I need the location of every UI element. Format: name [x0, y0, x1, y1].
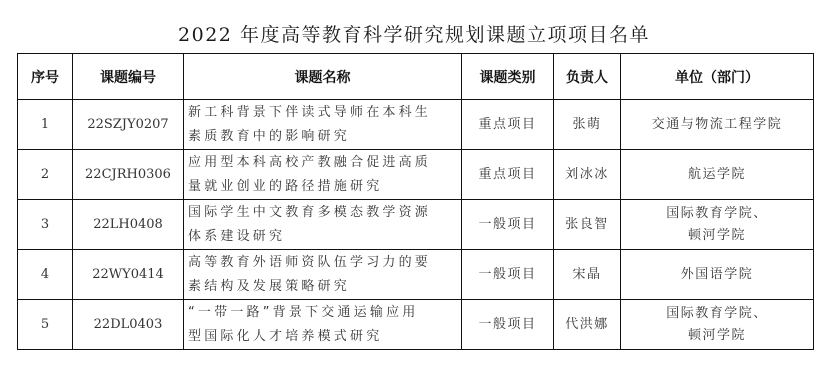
row-index: 2: [18, 150, 73, 200]
row-index: 5: [18, 300, 73, 350]
row-category: 重点项目: [462, 150, 554, 200]
row-owner: 张萌: [554, 100, 621, 150]
table-row: 4 22WY0414 高等教育外语师资队伍学习力的要 素结构及发展策略研究 一般…: [18, 250, 814, 300]
row-category: 重点项目: [462, 100, 554, 150]
header-name: 课题名称: [184, 54, 462, 100]
row-name-line: 应用型本科高校产教融合促进高质: [188, 151, 457, 175]
row-name-line: 国际学生中文教育多模态教学资源: [188, 201, 457, 225]
table-header-row: 序号 课题编号 课题名称 课题类别 负责人 单位（部门）: [18, 54, 814, 100]
row-unit-line: 国际教育学院、: [621, 203, 813, 225]
row-owner: 张良智: [554, 200, 621, 250]
row-name: “一带一路”背景下交通运输应用 型国际化人才培养模式研究: [184, 300, 462, 350]
row-owner: 宋晶: [554, 250, 621, 300]
row-unit: 国际教育学院、 顿河学院: [621, 300, 814, 350]
row-category: 一般项目: [462, 300, 554, 350]
row-name-line: 素质教育中的影响研究: [188, 125, 457, 149]
row-unit-line: 外国语学院: [621, 264, 813, 286]
row-code: 22CJRH0306: [73, 150, 184, 200]
header-unit: 单位（部门）: [621, 54, 814, 100]
row-name: 应用型本科高校产教融合促进高质 量就业创业的路径措施研究: [184, 150, 462, 200]
row-name-line: 素结构及发展策略研究: [188, 275, 457, 299]
document-title: 2022 年度高等教育科学研究规划课题立项项目名单: [0, 22, 828, 48]
row-name: 国际学生中文教育多模态教学资源 体系建设研究: [184, 200, 462, 250]
row-name-line: 体系建设研究: [188, 225, 457, 249]
row-unit-line: 顿河学院: [621, 325, 813, 347]
row-name-line: 高等教育外语师资队伍学习力的要: [188, 251, 457, 275]
header-code: 课题编号: [73, 54, 184, 100]
row-name: 高等教育外语师资队伍学习力的要 素结构及发展策略研究: [184, 250, 462, 300]
row-unit: 国际教育学院、 顿河学院: [621, 200, 814, 250]
header-category: 课题类别: [462, 54, 554, 100]
row-name-line: “一带一路”背景下交通运输应用: [188, 301, 457, 325]
table-row: 2 22CJRH0306 应用型本科高校产教融合促进高质 量就业创业的路径措施研…: [18, 150, 814, 200]
row-index: 3: [18, 200, 73, 250]
row-category: 一般项目: [462, 250, 554, 300]
row-index: 4: [18, 250, 73, 300]
row-unit-line: 交通与物流工程学院: [621, 114, 813, 136]
row-unit-line: 航运学院: [621, 164, 813, 186]
row-name-line: 型国际化人才培养模式研究: [188, 325, 457, 349]
row-unit: 外国语学院: [621, 250, 814, 300]
row-owner: 代洪娜: [554, 300, 621, 350]
table-row: 3 22LH0408 国际学生中文教育多模态教学资源 体系建设研究 一般项目 张…: [18, 200, 814, 250]
row-code: 22WY0414: [73, 250, 184, 300]
row-name-line: 量就业创业的路径措施研究: [188, 175, 457, 199]
row-unit: 交通与物流工程学院: [621, 100, 814, 150]
row-code: 22SZJY0207: [73, 100, 184, 150]
row-owner: 刘冰冰: [554, 150, 621, 200]
row-category: 一般项目: [462, 200, 554, 250]
header-index: 序号: [18, 54, 73, 100]
row-name-line: 新工科背景下伴读式导师在本科生: [188, 101, 457, 125]
row-unit-line: 国际教育学院、: [621, 303, 813, 325]
header-owner: 负责人: [554, 54, 621, 100]
row-index: 1: [18, 100, 73, 150]
table-row: 5 22DL0403 “一带一路”背景下交通运输应用 型国际化人才培养模式研究 …: [18, 300, 814, 350]
table-row: 1 22SZJY0207 新工科背景下伴读式导师在本科生 素质教育中的影响研究 …: [18, 100, 814, 150]
project-list-table: 序号 课题编号 课题名称 课题类别 负责人 单位（部门） 1 22SZJY020…: [17, 53, 814, 350]
row-unit: 航运学院: [621, 150, 814, 200]
row-name: 新工科背景下伴读式导师在本科生 素质教育中的影响研究: [184, 100, 462, 150]
row-code: 22DL0403: [73, 300, 184, 350]
row-code: 22LH0408: [73, 200, 184, 250]
row-unit-line: 顿河学院: [621, 225, 813, 247]
